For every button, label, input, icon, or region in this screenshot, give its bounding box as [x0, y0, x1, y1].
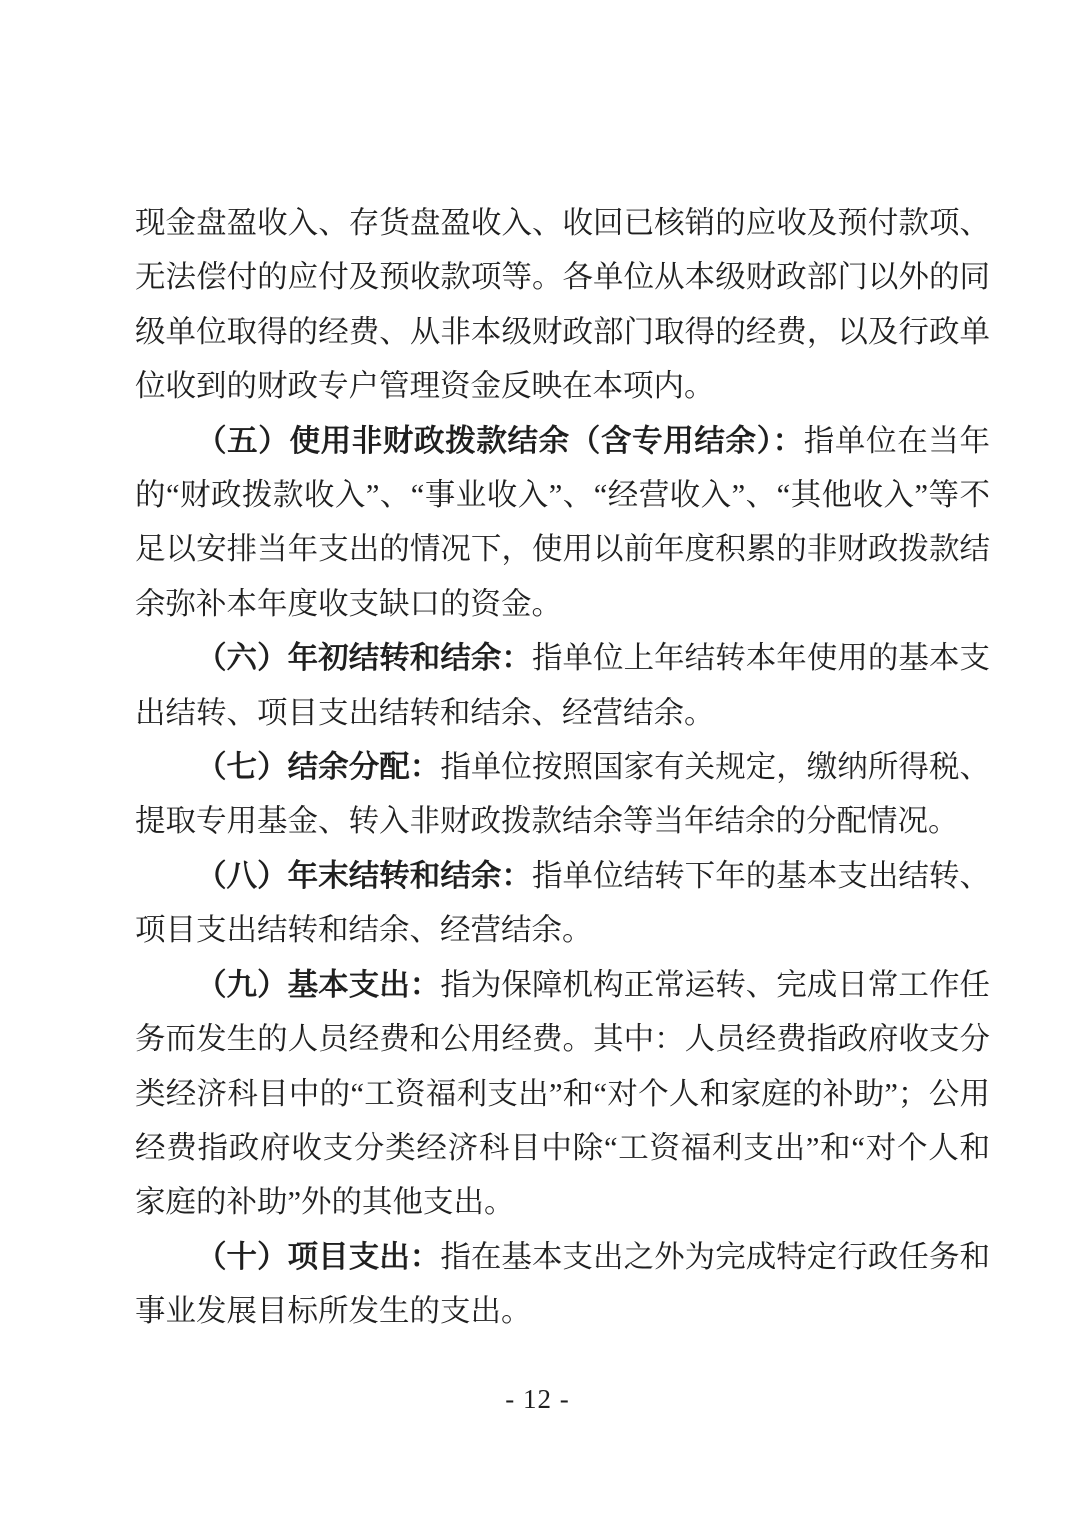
- paragraph-item-6: （六）年初结转和结余：指单位上年结转本年使用的基本支出结转、项目支出结转和结余、…: [135, 631, 990, 740]
- paragraph-lead: （七）结余分配：: [196, 750, 440, 784]
- paragraph-lead: （八）年末结转和结余：: [196, 859, 532, 893]
- paragraph-item-5: （五）使用非财政拨款结余（含专用结余）：指单位在当年的“财政拨款收入”、“事业收…: [135, 414, 990, 632]
- paragraph-item-10: （十）项目支出：指在基本支出之外为完成特定行政任务和事业发展目标所发生的支出。: [135, 1230, 990, 1339]
- paragraph-item-7: （七）结余分配：指单位按照国家有关规定，缴纳所得税、提取专用基金、转入非财政拨款…: [135, 740, 990, 849]
- paragraph-item-9: （九）基本支出：指为保障机构正常运转、完成日常工作任务而发生的人员经费和公用经费…: [135, 958, 990, 1230]
- paragraph-lead: （六）年初结转和结余：: [196, 641, 532, 675]
- paragraph-item-8: （八）年末结转和结余：指单位结转下年的基本支出结转、项目支出结转和结余、经营结余…: [135, 849, 990, 958]
- document-body: 现金盘盈收入、存货盘盈收入、收回已核销的应收及预付款项、无法偿付的应付及预收款项…: [135, 196, 990, 1339]
- paragraph-continuation: 现金盘盈收入、存货盘盈收入、收回已核销的应收及预付款项、无法偿付的应付及预收款项…: [135, 196, 990, 414]
- paragraph-lead: （五）使用非财政拨款结余（含专用结余）：: [196, 424, 804, 458]
- paragraph-lead: （十）项目支出：: [196, 1240, 440, 1274]
- document-page: 现金盘盈收入、存货盘盈收入、收回已核销的应收及预付款项、无法偿付的应付及预收款项…: [0, 0, 1075, 1520]
- page-number: - 12 -: [0, 1384, 1075, 1415]
- paragraph-text: 现金盘盈收入、存货盘盈收入、收回已核销的应收及预付款项、无法偿付的应付及预收款项…: [135, 206, 990, 403]
- paragraph-text: 指为保障机构正常运转、完成日常工作任务而发生的人员经费和公用经费。其中：人员经费…: [135, 968, 990, 1220]
- paragraph-lead: （九）基本支出：: [196, 968, 440, 1002]
